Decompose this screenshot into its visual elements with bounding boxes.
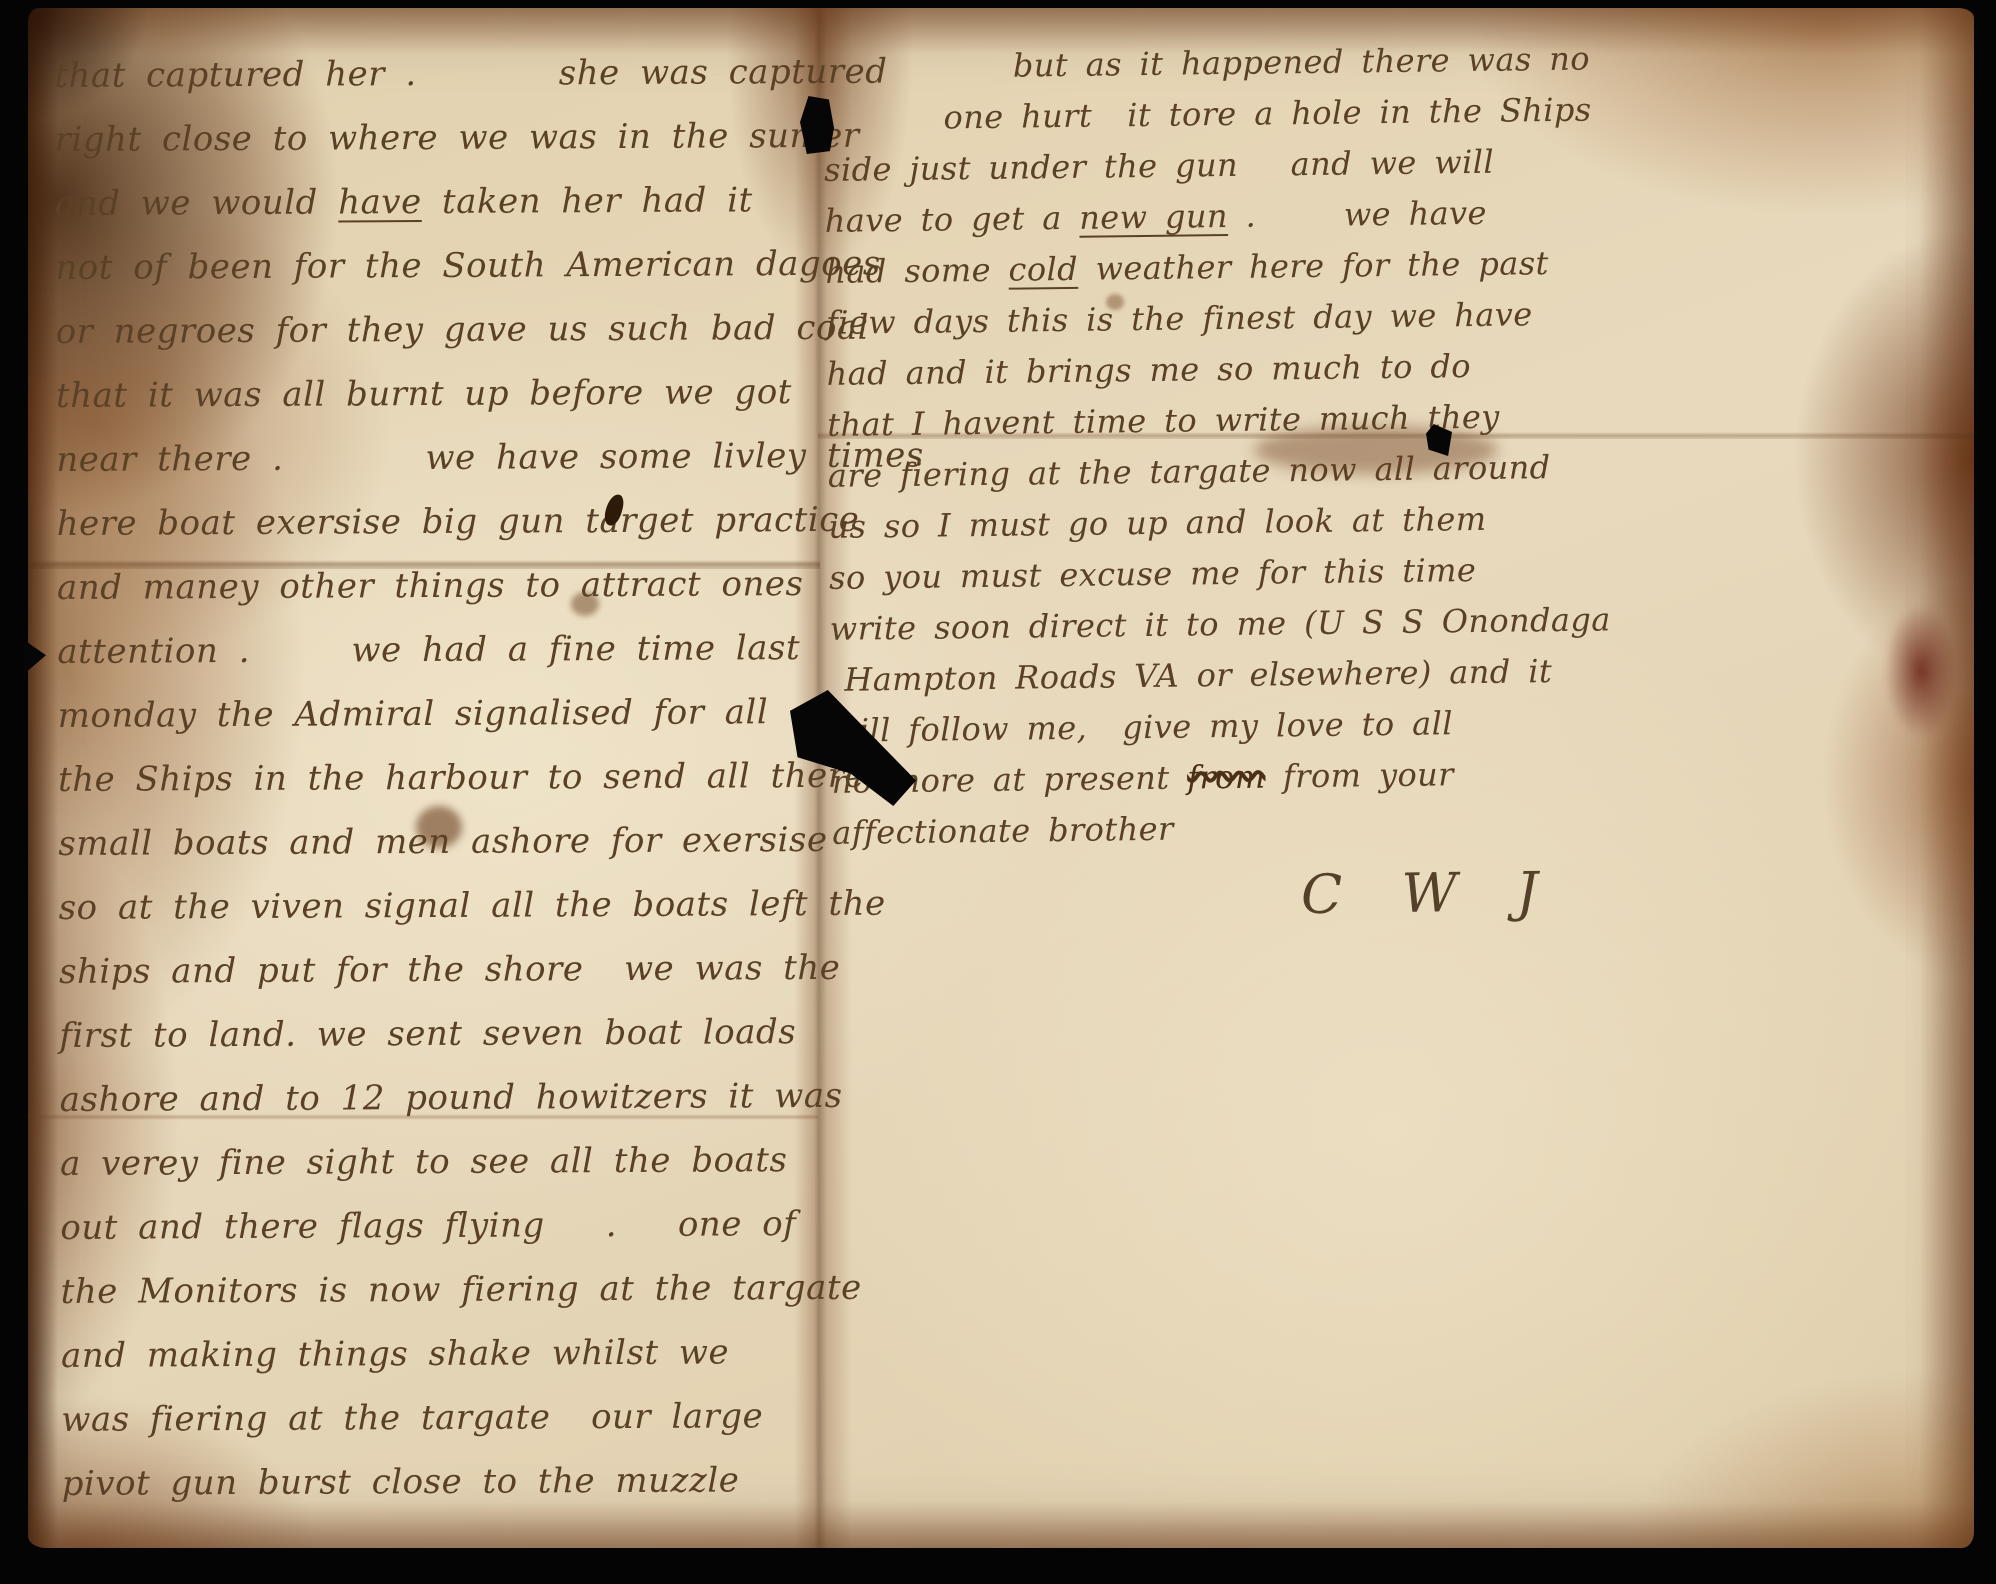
underlined-word: have bbox=[338, 182, 422, 222]
letter-sheet: that captured her . she was capturedrigh… bbox=[28, 8, 1974, 1548]
word: from your bbox=[1265, 755, 1454, 795]
letter-line: so at the viven signal all the boats lef… bbox=[59, 872, 807, 940]
letter-line: here boat exersise big gun target practi… bbox=[56, 488, 804, 556]
letter-line: out and there flags flying . one of bbox=[60, 1192, 808, 1260]
paper-notch bbox=[24, 640, 46, 674]
letter-line: a verey fine sight to see all the boats bbox=[60, 1128, 808, 1196]
letter-line: right close to where we was in the sumer bbox=[54, 104, 802, 172]
letter-line: and maney other things to attract ones bbox=[57, 552, 805, 620]
word: . we have bbox=[1228, 194, 1487, 235]
paper-hole-top bbox=[800, 96, 834, 154]
letter-line: ashore and to 12 pound howitzers it was bbox=[60, 1064, 808, 1132]
signature: C W J bbox=[833, 855, 1964, 932]
word: taken her had it bbox=[422, 180, 753, 222]
letter-line: the Ships in the harbour to send all the… bbox=[58, 744, 806, 812]
word: and we would bbox=[55, 182, 338, 223]
letter-line: or negroes for they gave us such bad coa… bbox=[55, 296, 803, 364]
letter-line: the Monitors is now fiering at the targa… bbox=[61, 1256, 809, 1324]
letter-line: and we would have taken her had it bbox=[55, 168, 803, 236]
word: had some bbox=[825, 251, 1009, 291]
word: weather here for the past bbox=[1078, 244, 1549, 288]
letter-line: first to land. we sent seven boat loads bbox=[59, 1000, 807, 1068]
letter-photo: { "palette": { "ink": "#5a4126", "paper"… bbox=[0, 0, 1996, 1584]
letter-line: that it was all burnt up before we got bbox=[56, 360, 804, 428]
photo-frame: that captured her . she was capturedrigh… bbox=[0, 0, 1996, 1584]
ink-smudge bbox=[1254, 426, 1498, 474]
letter-line: near there . we have some livley times bbox=[56, 424, 804, 492]
letter-line: that captured her . she was captured bbox=[54, 40, 802, 108]
letter-line: monday the Admiral signalised for all bbox=[58, 680, 806, 748]
underlined-word: new gun bbox=[1079, 197, 1228, 237]
letter-page-left: that captured her . she was capturedrigh… bbox=[54, 40, 810, 1516]
letter-line: and making things shake whilst we bbox=[61, 1320, 809, 1388]
letter-line: pivot gun burst close to the muzzle bbox=[62, 1448, 810, 1516]
letter-line: attention . we had a fine time last bbox=[57, 616, 805, 684]
struck-word: from bbox=[1187, 758, 1266, 797]
letter-line: not of been for the South American dagoe… bbox=[55, 232, 803, 300]
letter-page-right: but as it happened there was noone hurt … bbox=[823, 29, 1964, 932]
underlined-word: cold bbox=[1008, 250, 1078, 289]
letter-line: small boats and men ashore for exersise bbox=[58, 808, 806, 876]
letter-line: ships and put for the shore we was the bbox=[59, 936, 807, 1004]
letter-line: was fiering at the targate our large bbox=[61, 1384, 809, 1452]
word: have to get a bbox=[825, 199, 1080, 240]
